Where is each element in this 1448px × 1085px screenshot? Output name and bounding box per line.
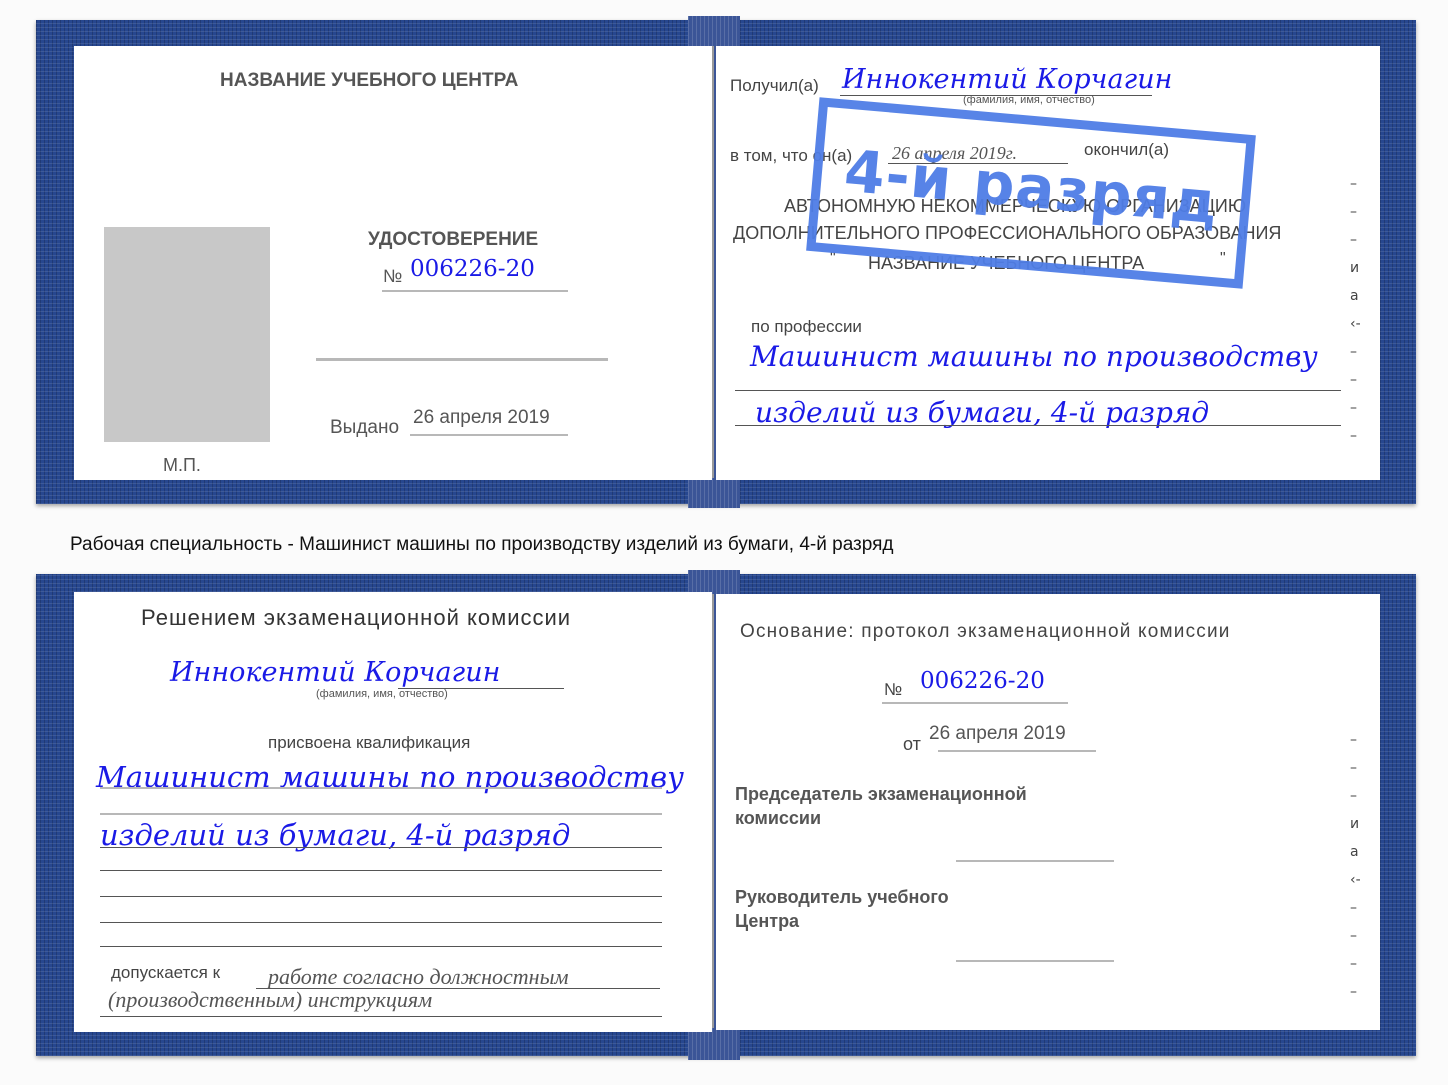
chairman-signature-line bbox=[956, 860, 1114, 862]
blank-line-2 bbox=[100, 896, 662, 897]
blank-line bbox=[316, 358, 608, 361]
profession-underline-1 bbox=[735, 390, 1341, 391]
edge-mark: – bbox=[1350, 372, 1357, 388]
caption: Рабочая специальность - Машинист машины … bbox=[70, 534, 894, 556]
edge-mark: – bbox=[1350, 928, 1357, 944]
admitted-underline-2 bbox=[100, 1016, 662, 1017]
protocol-date: 26 апреля 2019 bbox=[929, 723, 1066, 745]
edge-mark: – bbox=[1350, 232, 1357, 248]
profession-underline-2 bbox=[735, 425, 1341, 426]
blank-line-1 bbox=[100, 870, 662, 871]
admitted-label: допускается к bbox=[111, 963, 220, 983]
seal-label: М.П. bbox=[163, 455, 201, 476]
certificate-number: 006226-20 bbox=[410, 256, 535, 282]
issued-label: Выдано bbox=[330, 417, 399, 439]
head-signature-line bbox=[956, 960, 1114, 962]
edge-mark: и bbox=[1350, 260, 1359, 276]
bottom-fold-line bbox=[712, 594, 714, 1028]
edge-mark: – bbox=[1350, 344, 1357, 360]
training-center-name: НАЗВАНИЕ УЧЕБНОГО ЦЕНТРА bbox=[220, 70, 518, 92]
profession-label: по профессии bbox=[751, 317, 862, 337]
basis-label: Основание: протокол экзаменационной коми… bbox=[740, 621, 1231, 643]
graduate-name: Иннокентий Корчагин bbox=[170, 657, 500, 688]
chairman-label-line-1: Председатель экзаменационной bbox=[735, 784, 1027, 805]
edge-mark: – bbox=[1350, 956, 1357, 972]
head-label-line-1: Руководитель учебного bbox=[735, 887, 949, 908]
edge-mark: – bbox=[1350, 760, 1357, 776]
qualification-underline-2 bbox=[100, 813, 662, 815]
edge-mark: ‹- bbox=[1350, 872, 1361, 888]
certificate-title: УДОСТОВЕРЕНИЕ bbox=[368, 229, 538, 251]
certificate-number-underline bbox=[382, 290, 568, 292]
received-label: Получил(а) bbox=[730, 76, 819, 96]
protocol-date-underline bbox=[938, 750, 1096, 752]
qualification-label: присвоена квалификация bbox=[268, 733, 470, 753]
protocol-number: 006226-20 bbox=[920, 668, 1045, 694]
edge-mark: ‹- bbox=[1350, 316, 1361, 332]
certificate-number-label: № bbox=[383, 266, 402, 287]
top-fold-line bbox=[712, 46, 714, 478]
chairman-label-line-2: комиссии bbox=[735, 808, 821, 829]
edge-mark: – bbox=[1350, 900, 1357, 916]
commission-heading: Решением экзаменационной комиссии bbox=[141, 605, 571, 631]
edge-mark: – bbox=[1350, 788, 1357, 804]
recipient-name-hint: (фамилия, имя, отчество) bbox=[963, 94, 1095, 106]
blank-line-4 bbox=[100, 946, 662, 947]
edge-mark: а bbox=[1350, 288, 1359, 304]
edge-mark: а bbox=[1350, 844, 1359, 860]
edge-mark: – bbox=[1350, 428, 1357, 444]
photo-placeholder bbox=[104, 227, 270, 442]
qualification-underline-3 bbox=[100, 847, 662, 848]
edge-mark: и bbox=[1350, 816, 1359, 832]
protocol-number-underline bbox=[882, 702, 1068, 704]
blank-line-3 bbox=[100, 922, 662, 923]
issued-date-underline bbox=[410, 434, 568, 436]
admitted-line-2: (производственным) инструкциям bbox=[108, 987, 432, 1013]
issued-date: 26 апреля 2019 bbox=[413, 407, 550, 429]
protocol-date-label: от bbox=[903, 734, 921, 755]
head-label-line-2: Центра bbox=[735, 911, 799, 932]
qualification-underline-1 bbox=[100, 787, 662, 789]
graduate-name-hint: (фамилия, имя, отчество) bbox=[316, 688, 448, 700]
edge-mark: – bbox=[1350, 984, 1357, 1000]
grade-stamp-text: 4-й разряд bbox=[819, 135, 1243, 239]
protocol-number-label: № bbox=[884, 680, 902, 700]
recipient-name: Иннокентий Корчагин bbox=[842, 64, 1172, 95]
edge-mark: – bbox=[1350, 176, 1357, 192]
edge-mark: – bbox=[1350, 204, 1357, 220]
profession-line-1: Машинист машины по производству bbox=[750, 340, 1318, 373]
edge-mark: – bbox=[1350, 400, 1357, 416]
edge-mark: – bbox=[1350, 732, 1357, 748]
